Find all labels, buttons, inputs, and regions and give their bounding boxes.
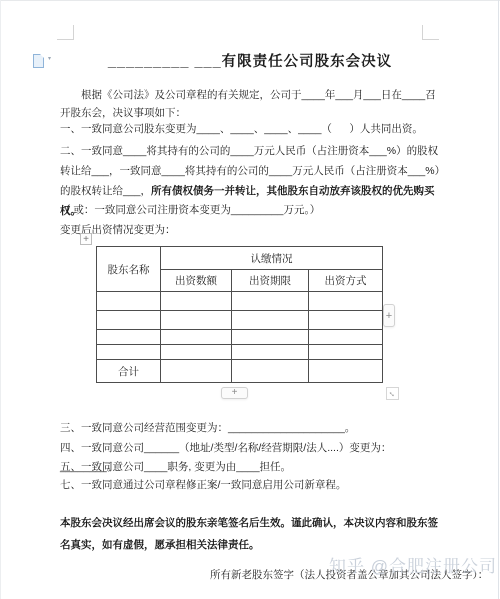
plus-icon: + — [386, 310, 392, 322]
table-cell[interactable] — [309, 292, 383, 311]
document-page: ▾ _________ ___有限责任公司股东会决议 根据《公司法》及公司章程的… — [0, 0, 500, 599]
table-row — [97, 330, 383, 345]
add-row-button[interactable]: + — [221, 387, 248, 399]
table-cell[interactable] — [309, 360, 383, 383]
header-shareholder-name[interactable]: 股东名称 — [97, 247, 161, 292]
table-cell[interactable] — [97, 311, 161, 330]
table-header-row-1: 股东名称 认缴情况 — [97, 247, 383, 270]
watermark-text: 知乎 @合肥注册公司 — [329, 552, 497, 577]
table-cell[interactable] — [232, 330, 309, 345]
table-total-row: 合计 — [97, 360, 383, 383]
table-cell[interactable] — [97, 292, 161, 311]
page-edge-top — [0, 0, 500, 1]
table-cell[interactable] — [161, 311, 232, 330]
table-cell[interactable] — [232, 360, 309, 383]
table-cell[interactable] — [161, 292, 232, 311]
intro-paragraph: 根据《公司法》及公司章程的有关规定，公司于____年___月___日在____召… — [60, 86, 442, 122]
table-move-handle-icon[interactable]: + — [80, 233, 92, 245]
contribution-table: 股东名称 认缴情况 出资数额 出资期限 出资方式 合计 — [96, 246, 383, 383]
alternative-clause: （ 或：一致同意公司注册资本变更为_________万元。） — [60, 201, 442, 220]
table-row — [97, 292, 383, 311]
page-edge-left — [0, 0, 1, 599]
table-cell[interactable] — [309, 345, 383, 360]
resolution-item-3: 三、一致同意公司经营范围变更为：____________________。 — [60, 419, 442, 438]
table-cell[interactable] — [309, 330, 383, 345]
total-label-cell[interactable]: 合计 — [97, 360, 161, 383]
table-cell[interactable] — [97, 330, 161, 345]
table-row — [97, 345, 383, 360]
resolution-item-7: 七、一致同意通过公司章程修正案/一致同意启用公司新章程。 — [60, 476, 442, 495]
header-contribution-amount[interactable]: 出资数额 — [161, 270, 232, 292]
page-edge-right — [498, 0, 499, 599]
table-cell[interactable] — [161, 345, 232, 360]
header-contribution-method[interactable]: 出资方式 — [309, 270, 383, 292]
table-row — [97, 311, 383, 330]
resolution-item-5: 五、一致同意公司____职务, 变更为由____担任。 — [60, 458, 442, 477]
header-contribution-term[interactable]: 出资期限 — [232, 270, 309, 292]
header-subscription-group[interactable]: 认缴情况 — [161, 247, 383, 270]
diagonal-resize-icon: ↔ — [386, 387, 399, 400]
table-cell[interactable] — [161, 330, 232, 345]
table-cell[interactable] — [97, 345, 161, 360]
table-cell[interactable] — [309, 311, 383, 330]
table-resize-handle[interactable]: ↔ — [386, 387, 399, 400]
resolution-item-1: 一、一致同意公司股东变更为____、____、____、____（ ）人共同出资… — [60, 120, 442, 139]
table-cell[interactable] — [161, 360, 232, 383]
table-cell[interactable] — [232, 292, 309, 311]
margin-crop-mark-top-right — [422, 25, 439, 40]
closing-statement: 本股东会决议经出席会议的股东亲笔签名后生效。谨此确认，本决议内容和股东签名真实，… — [60, 512, 442, 556]
add-column-button[interactable]: + — [383, 304, 395, 327]
table-lead-in: 变更后出资情况变更为： — [60, 221, 442, 240]
table-cell[interactable] — [232, 345, 309, 360]
table-cell[interactable] — [232, 311, 309, 330]
margin-crop-mark-top-left — [57, 25, 74, 40]
plus-icon: + — [232, 388, 238, 398]
document-title: _________ ___有限责任公司股东会决议 — [0, 50, 500, 71]
